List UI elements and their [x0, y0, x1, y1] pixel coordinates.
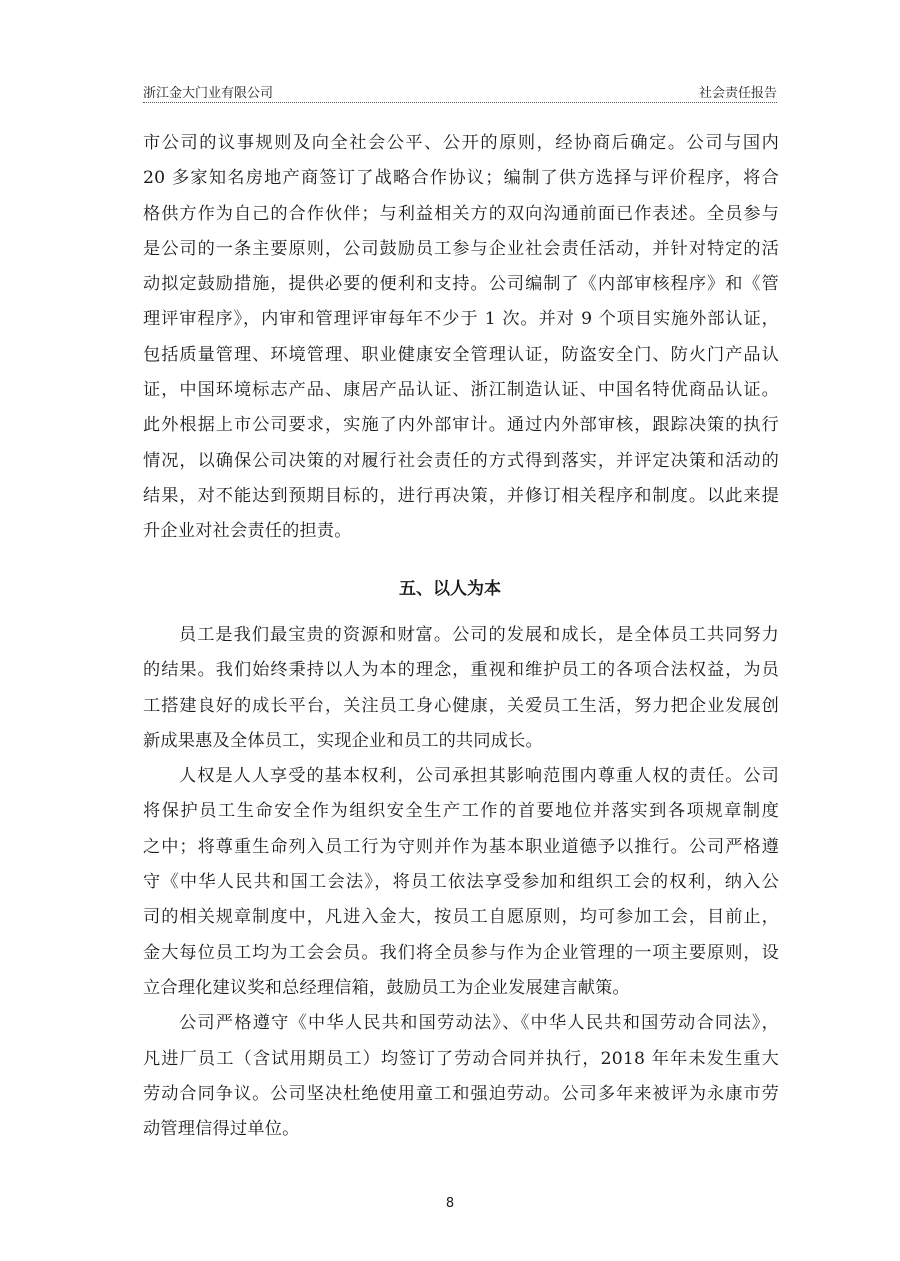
paragraph: 人权是人人享受的基本权利，公司承担其影响范围内尊重人权的责任。公司 将保护员工生… [143, 761, 779, 1008]
text-line: 证，中国环境标志产品、康居产品认证、浙江制造认证、中国名特优商品认证。 [143, 375, 779, 410]
text-line: 之中；将尊重生命列入员工行为守则并作为基本职业道德予以推行。公司严格遵 [143, 832, 779, 867]
text-line: 市公司的议事规则及向全社会公平、公开的原则，经协商后确定。公司与国内 [143, 128, 779, 163]
text-line: 的结果。我们始终秉持以人为本的理念，重视和维护员工的各项合法权益，为员 [143, 655, 779, 690]
page-number: 8 [0, 1196, 900, 1211]
text-line: 将保护员工生命安全作为组织安全生产工作的首要地位并落实到各项规章制度 [143, 796, 779, 831]
text-line: 立合理化建议奖和总经理信箱，鼓励员工为企业发展建言献策。 [143, 973, 779, 1008]
header-report-title: 社会责任报告 [699, 82, 777, 101]
text-line: 凡进厂员工（含试用期员工）均签订了劳动合同并执行，2018 年年未发生重大 [143, 1044, 779, 1079]
paragraph: 员工是我们最宝贵的资源和财富。公司的发展和成长，是全体员工共同努力 的结果。我们… [143, 620, 779, 761]
text-line: 守《中华人民共和国工会法》，将员工依法享受参加和组织工会的权利，纳入公 [143, 867, 779, 902]
section-people-oriented: 员工是我们最宝贵的资源和财富。公司的发展和成长，是全体员工共同努力 的结果。我们… [143, 620, 779, 1149]
text-line: 人权是人人享受的基本权利，公司承担其影响范围内尊重人权的责任。公司 [143, 761, 779, 796]
text-line: 升企业对社会责任的担责。 [143, 516, 779, 551]
text-line: 包括质量管理、环境管理、职业健康安全管理认证，防盗安全门、防火门产品认 [143, 340, 779, 375]
paragraph: 公司严格遵守《中华人民共和国劳动法》、《中华人民共和国劳动合同法》， 凡进厂员工… [143, 1008, 779, 1149]
text-line: 员工是我们最宝贵的资源和财富。公司的发展和成长，是全体员工共同努力 [143, 620, 779, 655]
text-line: 司的相关规章制度中，凡进入金大，按员工自愿原则，均可参加工会，目前止， [143, 902, 779, 937]
header-company-name: 浙江金大门业有限公司 [143, 82, 273, 101]
text-line: 金大每位员工均为工会会员。我们将全员参与作为企业管理的一项主要原则，设 [143, 938, 779, 973]
text-line: 此外根据上市公司要求，实施了内外部审计。通过内外部审核，跟踪决策的执行 [143, 410, 779, 445]
text-line: 新成果惠及全体员工，实现企业和员工的共同成长。 [143, 726, 779, 761]
section-governance-continued: 市公司的议事规则及向全社会公平、公开的原则，经协商后确定。公司与国内 20 多家… [143, 128, 779, 552]
text-line: 动管理信得过单位。 [143, 1114, 779, 1149]
text-line: 工搭建良好的成长平台，关注员工身心健康，关爱员工生活，努力把企业发展创 [143, 691, 779, 726]
text-line: 是公司的一条主要原则，公司鼓励员工参与企业社会责任活动，并针对特定的活 [143, 234, 779, 269]
section-heading: 五、以人为本 [0, 574, 900, 599]
text-line: 情况，以确保公司决策的对履行社会责任的方式得到落实，并评定决策和活动的 [143, 446, 779, 481]
text-line: 劳动合同争议。公司坚决杜绝使用童工和强迫劳动。公司多年来被评为永康市劳 [143, 1079, 779, 1114]
text-line: 动拟定鼓励措施，提供必要的便利和支持。公司编制了《内部审核程序》和《管 [143, 269, 779, 304]
text-line: 20 多家知名房地产商签订了战略合作协议；编制了供方选择与评价程序，将合 [143, 163, 779, 198]
text-line: 理评审程序》，内审和管理评审每年不少于 1 次。并对 9 个项目实施外部认证， [143, 304, 779, 339]
text-line: 公司严格遵守《中华人民共和国劳动法》、《中华人民共和国劳动合同法》， [143, 1008, 779, 1043]
page-header: 浙江金大门业有限公司 社会责任报告 [143, 80, 777, 103]
text-line: 格供方作为自己的合作伙伴；与利益相关方的双向沟通前面已作表述。全员参与 [143, 199, 779, 234]
text-line: 结果，对不能达到预期目标的，进行再决策，并修订相关程序和制度。以此来提 [143, 481, 779, 516]
